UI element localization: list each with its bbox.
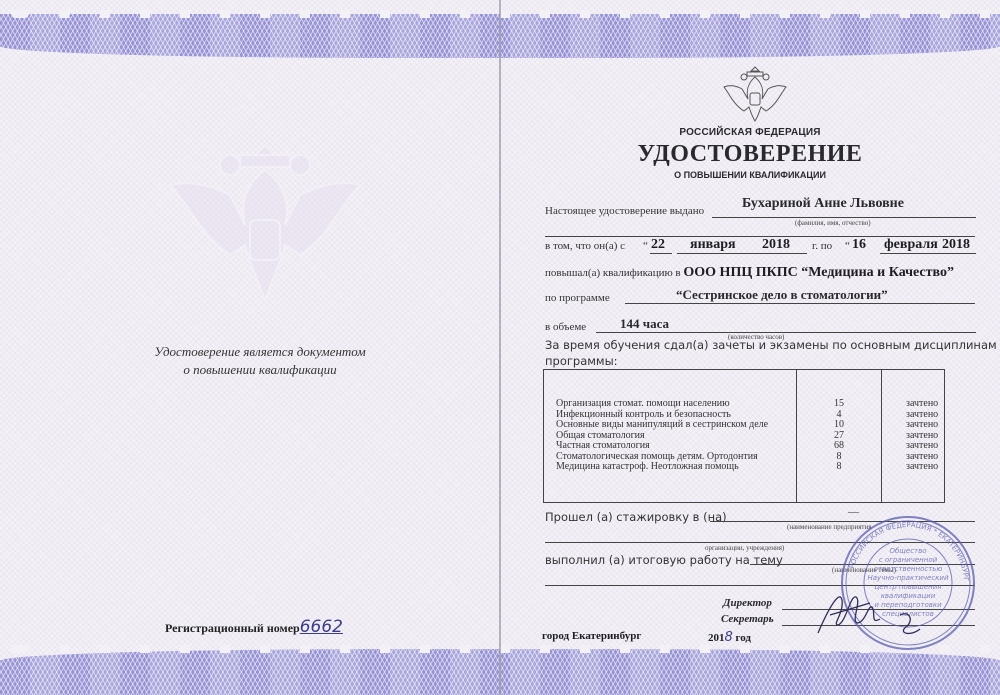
issued-to-value: Бухариной Анне Львовне <box>742 196 904 212</box>
caption-line-1: Удостоверение является документом <box>120 343 400 361</box>
volume-label: в объеме <box>545 321 586 333</box>
year-prefix: 201 <box>708 632 725 644</box>
internship-hint-2: организации, учреждения) <box>705 544 784 552</box>
subjects-table: Организация стомат. помощи населению Инф… <box>543 369 945 503</box>
to-year: 2018 <box>942 237 970 253</box>
from-month: января <box>690 237 736 253</box>
issue-year: 2018 год <box>708 630 751 645</box>
svg-text:ответственностью: ответственностью <box>874 565 943 573</box>
registration-number: Регистрационный номер6662 <box>165 617 343 637</box>
period-to-label: г. по <box>812 240 832 252</box>
issued-to-hint: (фамилия, имя, отчество) <box>795 219 871 227</box>
program-underline <box>625 303 975 304</box>
program-value: “Сестринское дело в стоматологии” <box>676 287 888 303</box>
caption-line-2: о повышении квалификации <box>120 361 400 379</box>
qualification-line: повышал(а) квалификацию в ООО НПЦ ПКПС “… <box>545 265 954 281</box>
registration-label: Регистрационный номер <box>165 621 300 635</box>
from-day: 22 <box>651 237 665 253</box>
from-day-underline <box>650 253 672 254</box>
eagle-watermark-icon <box>150 125 380 315</box>
year-handwritten: 8 <box>725 630 733 645</box>
to-day: 16 <box>852 237 866 253</box>
period-prefix: в том, что он(а) с <box>545 240 625 252</box>
subject-result: зачтено <box>906 462 944 473</box>
issued-to-underline <box>712 217 976 218</box>
subject-hours-column: 15 4 10 27 68 8 8 <box>797 370 882 503</box>
final-work-label: выполнил (а) итоговую работу на тему <box>545 553 783 567</box>
signature-icon <box>810 585 930 640</box>
svg-text:Общество: Общество <box>889 547 926 555</box>
svg-text:с ограниченной: с ограниченной <box>879 556 938 564</box>
secretary-label: Секретарь <box>721 613 774 625</box>
city: город Екатеринбург <box>542 630 641 642</box>
country-heading: РОССИЙСКАЯ ФЕДЕРАЦИЯ <box>500 127 1000 138</box>
internship-label: Прошел (а) стажировку в (на) <box>545 510 727 524</box>
qualification-label: повышал(а) квалификацию в <box>545 267 681 279</box>
from-date-underline <box>677 253 807 254</box>
exams-text-line-2: программы: <box>545 354 618 368</box>
period-line: в том, что он(а) с <box>545 240 625 252</box>
document-title: УДОСТОВЕРЕНИЕ <box>500 141 1000 168</box>
issued-to-label: Настоящее удостоверение выдано <box>545 205 704 217</box>
volume-underline <box>596 332 976 333</box>
organization-name: ООО НПЦ ПКПС “Медицина и Качество” <box>683 265 954 280</box>
year-suffix: год <box>736 632 751 644</box>
subject-name: Медицина катастроф. Неотложная помощь <box>556 462 796 473</box>
program-label: по программе <box>545 292 610 304</box>
director-label: Директор <box>723 597 772 609</box>
subject-names-column: Организация стомат. помощи населению Инф… <box>544 370 797 503</box>
svg-text:Научно-практический: Научно-практический <box>868 574 949 582</box>
left-caption: Удостоверение является документом о повы… <box>120 343 400 379</box>
exams-text-line-1: За время обучения сдал(а) зачеты и экзам… <box>545 338 997 352</box>
eagle-emblem-icon <box>720 63 790 123</box>
subject-result-column: зачтено зачтено зачтено зачтено зачтено … <box>882 370 945 503</box>
registration-value: 6662 <box>300 617 343 637</box>
volume-value: 144 часа <box>620 316 669 332</box>
from-year: 2018 <box>762 237 790 253</box>
document-subtitle: О ПОВЫШЕНИИ КВАЛИФИКАЦИИ <box>500 170 1000 180</box>
period-from-quote: “ <box>643 240 648 252</box>
to-month: февраля <box>884 237 938 253</box>
to-date-underline <box>880 253 976 254</box>
subject-hours: 8 <box>797 462 881 473</box>
page-fold <box>499 0 501 695</box>
period-to-quote: “ <box>845 240 850 252</box>
